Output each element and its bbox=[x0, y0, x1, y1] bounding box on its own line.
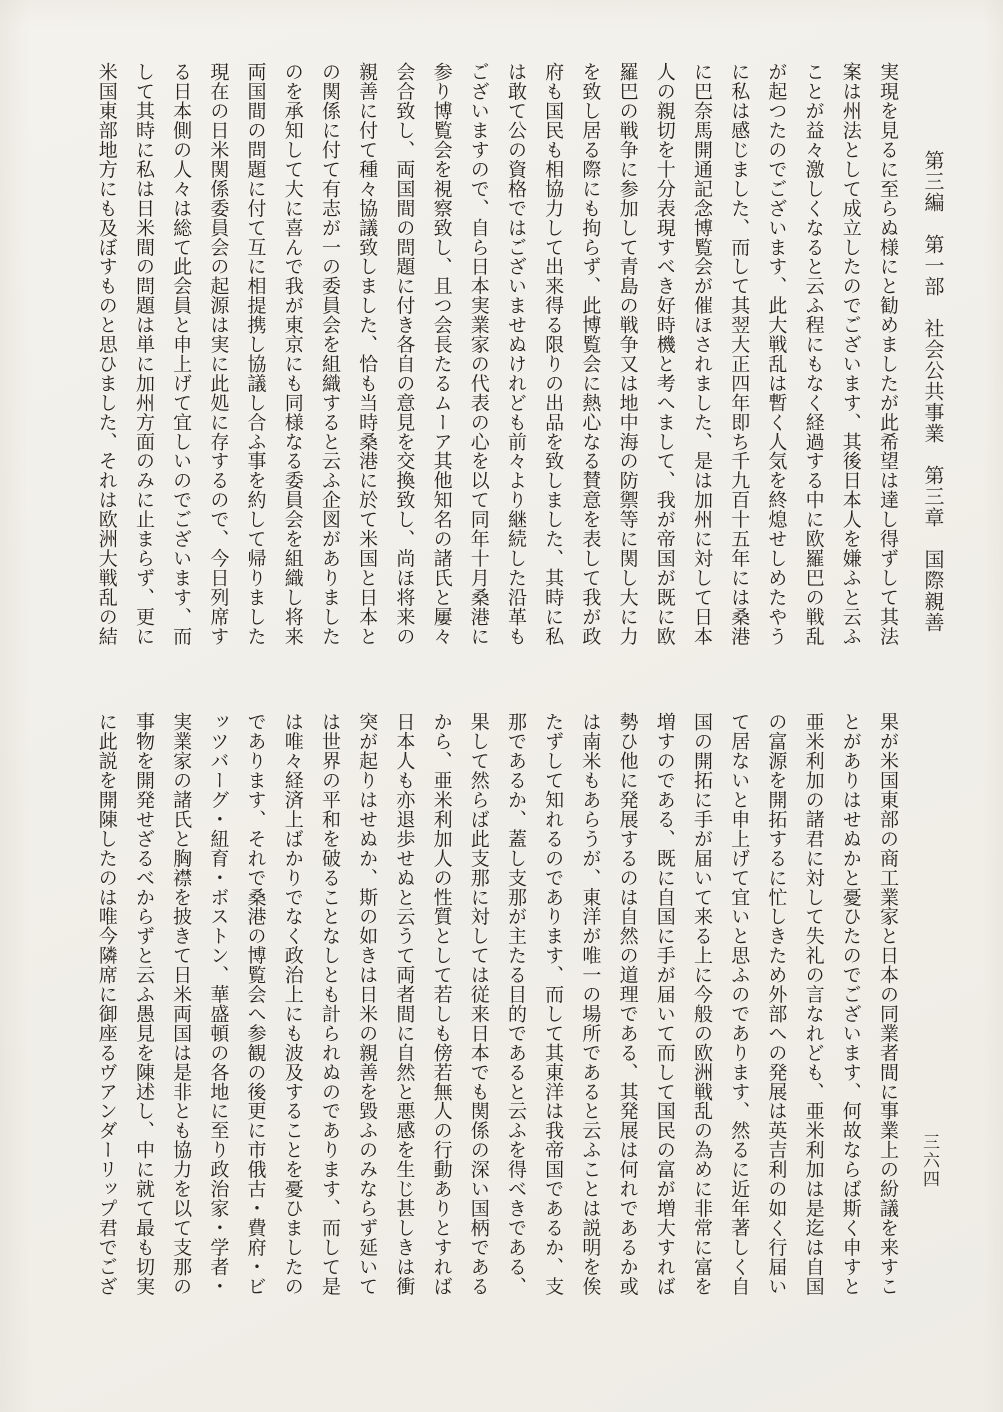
text-column: に此説を開陳したのは唯今隣席に御座るヴアンダーリップ君でござ bbox=[88, 712, 125, 1299]
text-column: 親善に付て種々協議致しました、恰も当時桑港に於て米国と日本と bbox=[348, 62, 385, 649]
text-column: 那であるか、蓋し支那が主たる目的であると云ふを得べきである、 bbox=[497, 712, 534, 1299]
text-column: 会合致し、両国間の問題に付き各自の意見を交換致し、尚ほ将来の bbox=[385, 62, 422, 649]
text-column: ございますので、自ら日本実業家の代表の心を以て同年十月桑港に bbox=[460, 62, 497, 649]
text-column: 人の親切を十分表現すべき好時機と考へまして、我が帝国が既に欧 bbox=[646, 62, 683, 649]
text-column: は唯々経済上ばかりでなく政治上にも波及することを憂ひましたの bbox=[274, 712, 311, 1299]
text-column: て居ないと申上げて宜いと思ふのであります、然るに近年著しく自 bbox=[720, 712, 757, 1299]
text-column: 勢ひ他に発展するのは自然の道理である、其発展は何れであるか或 bbox=[608, 712, 645, 1299]
text-column: 現在の日米関係委員会の起源は実に此処に存するので、今日列席す bbox=[199, 62, 236, 649]
text-column: に巴奈馬開通記念博覧会が催ほされました、是は加州に対して日本 bbox=[683, 62, 720, 649]
text-column: 国の開拓に手が届いて来る上に今般の欧洲戦乱の為めに非常に富を bbox=[683, 712, 720, 1299]
text-column: 実現を見るに至らぬ様にと勧めましたが此希望は達し得ずして其法 bbox=[869, 62, 906, 649]
text-column: 案は州法として成立したのでございます、其後日本人を嫌ふと云ふ bbox=[832, 62, 869, 649]
text-column: であります、それで桑港の博覧会へ参観の後更に市俄古・費府・ビ bbox=[236, 712, 273, 1299]
text-column: たずして知れるのであります、而して其東洋は我帝国であるか、支 bbox=[534, 712, 571, 1299]
book-page: 第三編 第一部 社会公共事業 第三章 国際親善 実現を見るに至らぬ様にと勧めまし… bbox=[0, 0, 1003, 1412]
text-column: が起つたのでございます、此大戦乱は暫く人気を終熄せしめたやう bbox=[757, 62, 794, 649]
bottom-text-block: 果が米国東部の商工業家と日本の同業者間に事業上の紛議を来すこ とがありはせぬかと… bbox=[88, 712, 906, 1299]
text-column: 両国間の問題に付て互に相提携し協議し合ふ事を約して帰りました bbox=[236, 62, 273, 649]
text-column: して其時に私は日米間の問題は単に加州方面のみに止まらず、更に bbox=[125, 62, 162, 649]
text-column: ッツバーグ・紐育・ボストン、華盛頓の各地に至り政治家・学者・ bbox=[199, 712, 236, 1299]
text-column: 参り博覧会を視察致し、且つ会長たるムーア其他知名の諸氏と屢々 bbox=[422, 62, 459, 649]
text-column: を致し居る際にも拘らず、此博覧会に熱心なる賛意を表して我が政 bbox=[571, 62, 608, 649]
text-column: 突が起りはせぬか、斯の如きは日米の親善を毀ふのみならず延いて bbox=[348, 712, 385, 1299]
text-column: とがありはせぬかと憂ひたのでございます、何故ならば斯く申すと bbox=[832, 712, 869, 1299]
text-column: の関係に付て有志が一の委員会を組織すると云ふ企図がありました bbox=[311, 62, 348, 649]
top-text-block: 実現を見るに至らぬ様にと勧めましたが此希望は達し得ずして其法 案は州法として成立… bbox=[88, 62, 906, 649]
text-column: 米国東部地方にも及ぼすものと思ひました、それは欧洲大戦乱の結 bbox=[88, 62, 125, 649]
text-column: 羅巴の戦争に参加して青島の戦争又は地中海の防禦等に関し大に力 bbox=[608, 62, 645, 649]
text-column: ことが益々激しくなると云ふ程にもなく経過する中に欧羅巴の戦乱 bbox=[794, 62, 831, 649]
text-column: は南米もあらうが、東洋が唯一の場所であると云ふことは説明を俟 bbox=[571, 712, 608, 1299]
text-column: 果して然らば此支那に対しては従来日本でも関係の深い国柄である bbox=[460, 712, 497, 1299]
text-column: 亜米利加の諸君に対して失礼の言なれども、亜米利加は是迄は自国 bbox=[794, 712, 831, 1299]
text-column: は敢て公の資格ではございませぬけれども前々より継続した沿革も bbox=[497, 62, 534, 649]
text-column: のを承知して大に喜んで我が東京にも同様なる委員会を組織し将来 bbox=[274, 62, 311, 649]
text-column: る日本側の人々は総て此会員と申上げて宜しいのでございます、而 bbox=[162, 62, 199, 649]
text-column: は世界の平和を破ることなしとも計られぬのであります、而して是 bbox=[311, 712, 348, 1299]
running-header: 第三編 第一部 社会公共事業 第三章 国際親善 bbox=[918, 150, 947, 633]
text-column: に私は感じました、而して其翌大正四年即ち千九百十五年には桑港 bbox=[720, 62, 757, 649]
text-column: から、亜米利加人の性質として若しも傍若無人の行動ありとすれば bbox=[422, 712, 459, 1299]
text-column: の富源を開拓するに忙しきため外部への発展は英吉利の如く行届い bbox=[757, 712, 794, 1299]
text-column: 府も国民も相協力して出来得る限りの出品を致しました、其時に私 bbox=[534, 62, 571, 649]
text-column: 事物を開発せざるべからずと云ふ愚見を陳述し、中に就て最も切実 bbox=[125, 712, 162, 1299]
page-number: 三六四 bbox=[917, 1133, 942, 1189]
text-column: 増すのである、既に自国に手が届いて而して国民の富が増大すれば bbox=[646, 712, 683, 1299]
text-column: 果が米国東部の商工業家と日本の同業者間に事業上の紛議を来すこ bbox=[869, 712, 906, 1299]
text-column: 日本人も亦退歩せぬと云うて両者間に自然と悪感を生じ甚しきは衝 bbox=[385, 712, 422, 1299]
text-column: 実業家の諸氏と胸襟を披きて日米両国は是非とも協力を以て支那の bbox=[162, 712, 199, 1299]
